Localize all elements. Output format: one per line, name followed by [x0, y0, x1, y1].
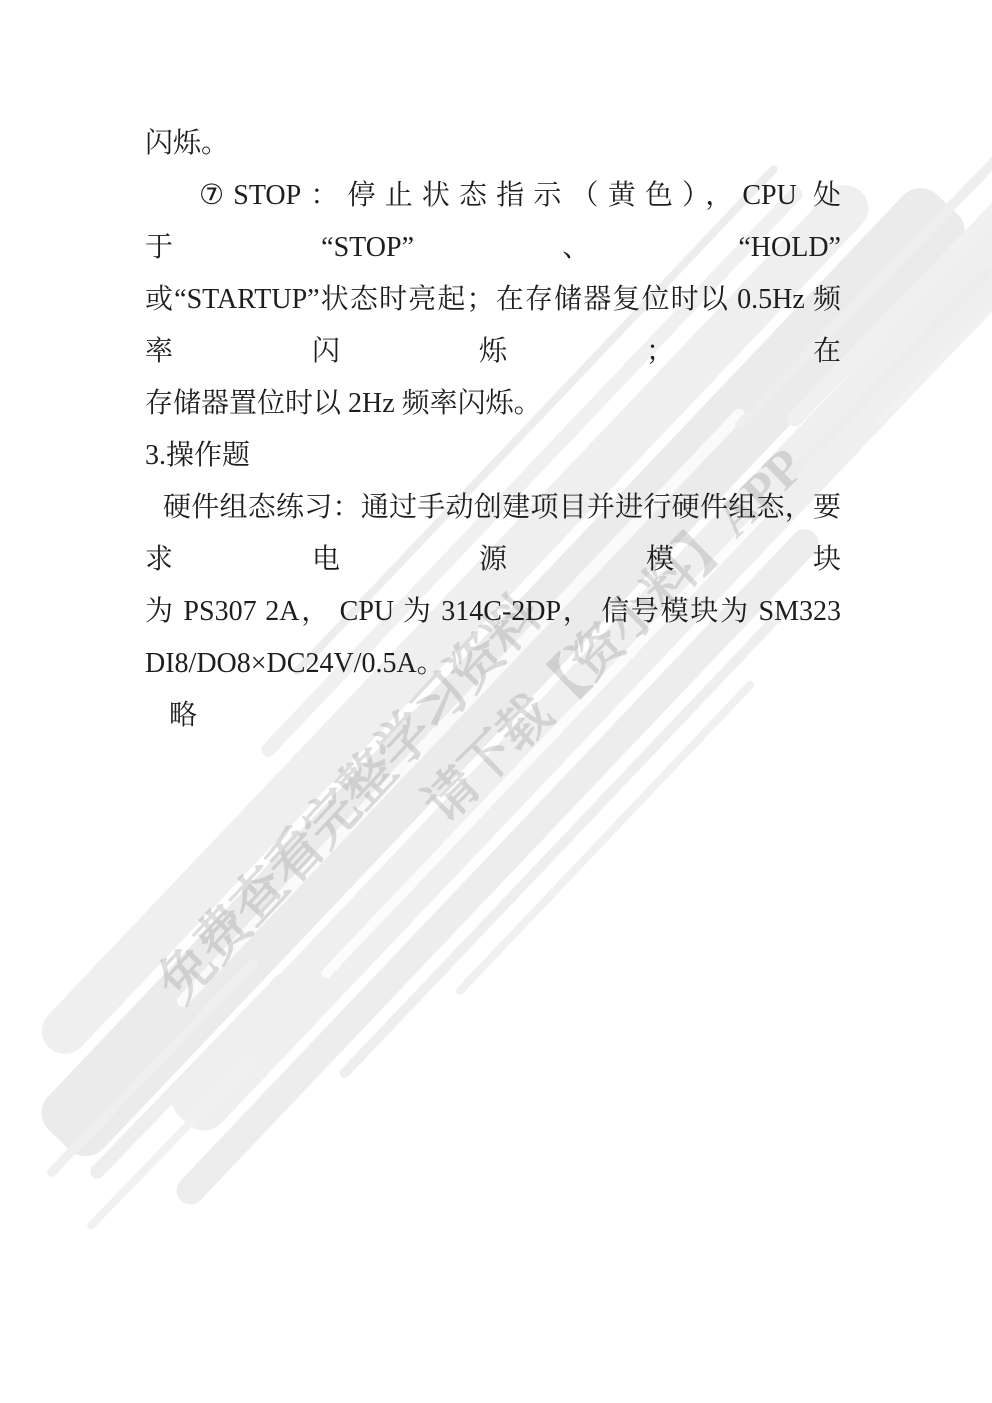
doc-line-stop-indicator: ⑦STOP：停止状态指示（黄色），CPU 处于“STOP”、“HOLD”	[145, 170, 841, 274]
brush-streak	[86, 1053, 258, 1231]
doc-line-signal-module: DI8/DO8×DC24V/0.5A。	[145, 638, 841, 690]
document-page: 免费查看完整学习资料 请下载【资小料】APP 闪烁。 ⑦STOP：停止状态指示（…	[0, 0, 992, 1403]
doc-line-memory-set: 存储器置位时以 2Hz 频率闪烁。	[145, 378, 841, 430]
doc-line-omitted: 略	[145, 690, 841, 742]
brush-streak	[87, 970, 292, 1181]
doc-line-hardware-config: 硬件组态练习：通过手动创建项目并进行硬件组态，要求电源模块	[145, 482, 841, 586]
doc-line-flicker-end: 闪烁。	[145, 118, 841, 170]
doc-line-module-spec: 为 PS307 2A， CPU 为 314C-2DP， 信号模块为 SM323	[145, 586, 841, 638]
brush-streak	[874, 221, 992, 428]
doc-line-startup-state: 或“STARTUP”状态时亮起；在存储器复位时以 0.5Hz 频率闪烁；在	[145, 274, 841, 378]
brush-streak	[45, 957, 260, 1179]
document-content: 闪烁。 ⑦STOP：停止状态指示（黄色），CPU 处于“STOP”、“HOLD”…	[145, 118, 841, 742]
doc-line-section-heading: 3.操作题	[145, 430, 841, 482]
brush-stroke-bottom-left	[25, 923, 355, 1258]
